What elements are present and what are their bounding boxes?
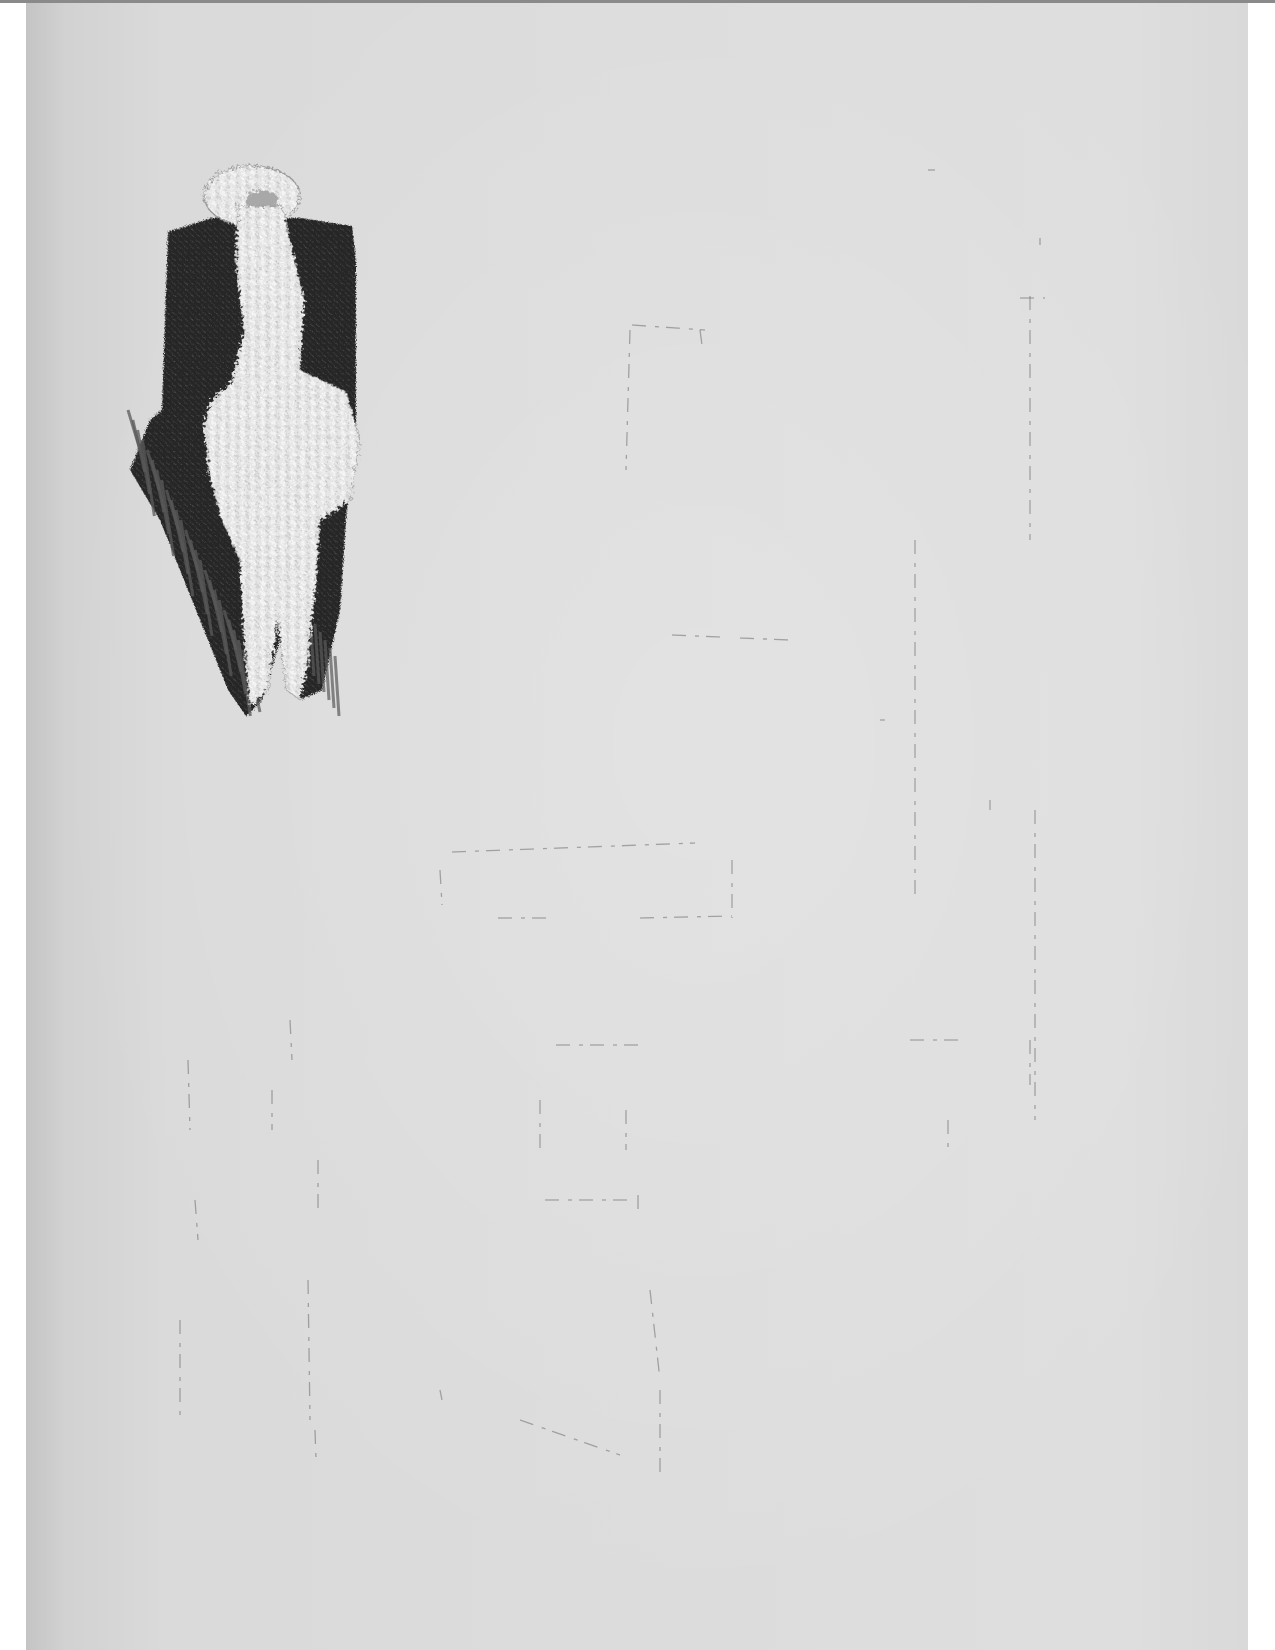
fringe-strand [330,648,334,708]
fringe-strand [335,656,339,716]
coat-illustration [0,0,1275,1650]
